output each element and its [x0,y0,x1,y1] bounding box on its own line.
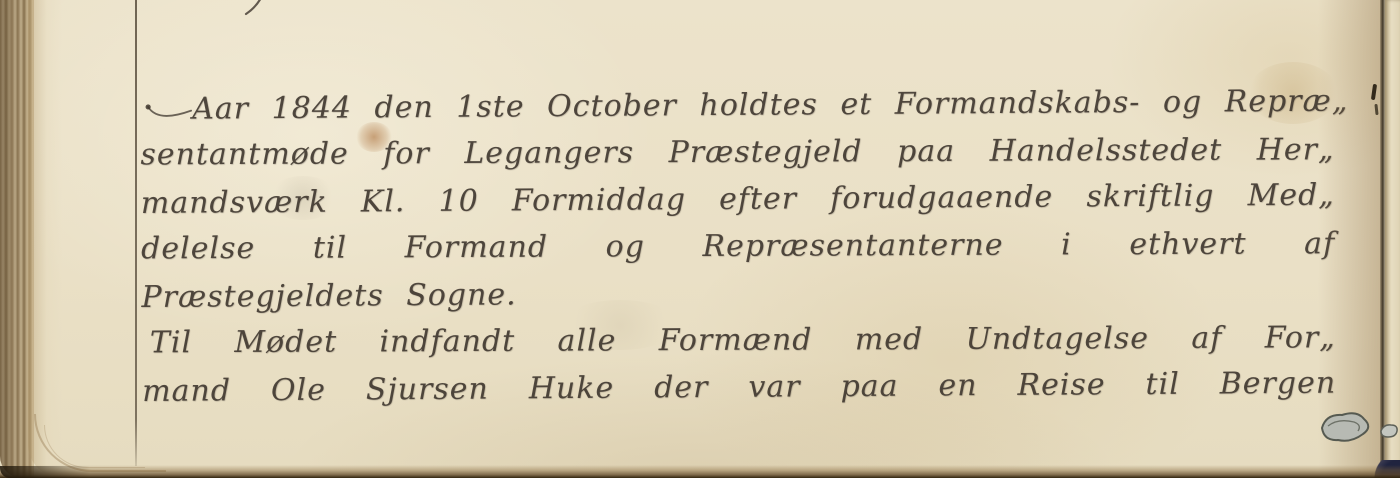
manuscript-line-1: Aar 1844 den 1ste October holdtes et For… [140,78,1334,133]
ink-flourish [144,100,192,122]
bottom-left-shadow [0,466,90,478]
cutoff-pen-stroke [240,0,274,18]
page-bottom-edge [0,465,1400,478]
paper-tear-small [1378,422,1400,440]
margin-rule [135,0,137,466]
underlying-page-edge [28,0,62,478]
manuscript-line-2: sentantmøde for Legangers Præstegjeld pa… [140,126,1334,178]
manuscript-line-4: delelse til Formand og Repræsentanterne … [141,220,1335,272]
manuscript-line-7: mand Ole Sjursen Huke der var paa en Rei… [142,360,1336,415]
manuscript-page: Aar 1844 den 1ste October holdtes et For… [0,0,1400,478]
facing-page-edge [1385,0,1400,478]
manuscript-line-5: Præstegjeldets Sogne. [141,266,1335,321]
manuscript-text: Aar 1844 den 1ste October holdtes et For… [140,78,1336,415]
paper-tear [1312,404,1374,452]
manuscript-line-3: mandsværk Kl. 10 Formiddag efter forudga… [141,172,1335,227]
manuscript-line-6: Til Mødet indfandt alle Formænd med Undt… [142,314,1336,366]
